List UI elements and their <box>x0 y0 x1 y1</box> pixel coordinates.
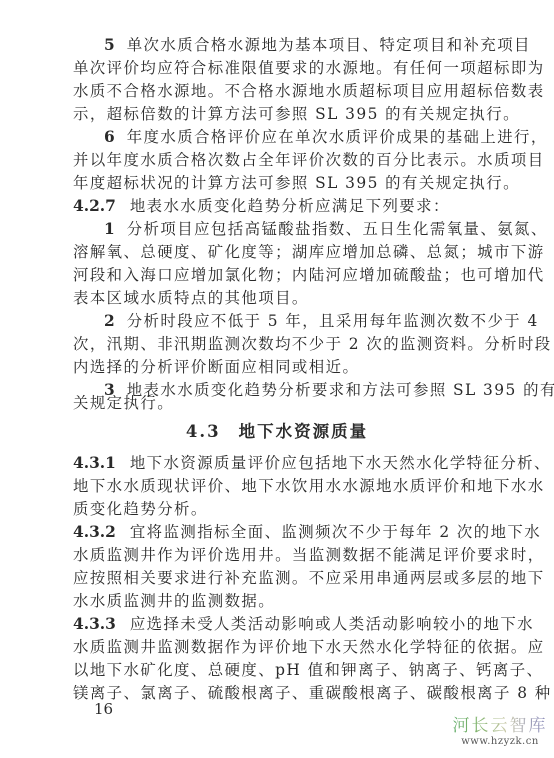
paragraph-line: 内选择的分析评价断面应相同或相近。 <box>73 356 359 378</box>
item-number: 6 <box>104 128 115 146</box>
paragraph-line: 质变化趋势分析。 <box>73 498 208 520</box>
line-text: 地下水资源质量评价应包括地下水天然水化学特征分析、 <box>130 454 551 472</box>
paragraph-line: 单次评价均应符合标准限值要求的水源地。有任何一项超标即为 <box>73 57 545 79</box>
clause-number: 4.3.2 <box>73 523 116 541</box>
paragraph-line: 河段和入海口应增加氯化物；内陆河应增加硫酸盐；也可增加代 <box>73 264 545 286</box>
clause-line: 4.3.1地下水资源质量评价应包括地下水天然水化学特征分析、 <box>73 452 551 474</box>
line-text: 年度水质合格评价应在单次水质评价成果的基础上进行， <box>127 128 548 146</box>
item-number: 5 <box>104 36 115 54</box>
paragraph-line: 示，超标倍数的计算方法可参照 SL 395 的有关规定执行。 <box>73 103 520 125</box>
paragraph-line: 次，汛期、非汛期监测次数均不少于 2 次的监测资料。分析时段 <box>73 333 552 355</box>
paragraph-line: 水质不合格水源地。不合格水源地水质超标项目应用超标倍数表 <box>73 80 545 102</box>
clause-line: 4.2.7地表水水质变化趋势分析应满足下列要求： <box>73 195 450 217</box>
line-text: 应选择未受人类活动影响或人类活动影响较小的地下水 <box>130 615 534 633</box>
paragraph-line: 水质监测井作为评价选用井。当监测数据不能满足评价要求时， <box>73 544 545 566</box>
document-page: 5单次水质合格水源地为基本项目、特定项目和补充项目 单次评价均应符合标准限值要求… <box>0 0 554 758</box>
paragraph-line: 并以年度水质合格次数占全年评价次数的百分比表示。水质项目 <box>73 149 545 171</box>
page-number: 16 <box>94 700 113 718</box>
clause-number: 4.3.3 <box>73 615 116 633</box>
line-text: 地表水水质变化趋势分析应满足下列要求： <box>130 197 450 215</box>
paragraph-line: 5单次水质合格水源地为基本项目、特定项目和补充项目 <box>104 34 531 56</box>
line-text: 分析项目应包括高锰酸盐指数、五日生化需氧量、氨氮、 <box>127 220 548 238</box>
watermark-title: 河长云智库 <box>445 716 554 736</box>
paragraph-line: 年度超标状况的计算方法可参照 SL 395 的有关规定执行。 <box>73 172 520 194</box>
section-heading: 4.3地下水资源质量 <box>0 418 554 442</box>
watermark-url: www.hzyzk.cn <box>445 736 554 748</box>
paragraph-line: 应按照相关要求进行补充监测。不应采用串通两层或多层的地下 <box>73 567 545 589</box>
paragraph-line: 1分析项目应包括高锰酸盐指数、五日生化需氧量、氨氮、 <box>104 218 548 240</box>
paragraph-line: 关规定执行。 <box>73 392 174 414</box>
item-number: 2 <box>104 312 115 330</box>
paragraph-line: 表本区域水质特点的其他项目。 <box>73 287 309 309</box>
section-title: 地下水资源质量 <box>239 422 369 441</box>
paragraph-line: 溶解氧、总硬度、矿化度等；湖库应增加总磷、总氮；城市下游 <box>73 241 545 263</box>
paragraph-line: 以地下水矿化度、总硬度、pH 值和钾离子、钠离子、钙离子、 <box>73 659 543 681</box>
clause-number: 4.2.7 <box>73 197 116 215</box>
clause-number: 4.3.1 <box>73 454 116 472</box>
item-number: 1 <box>104 220 115 238</box>
paragraph-line: 水水质监测井的监测数据。 <box>73 590 275 612</box>
line-text: 地表水水质变化趋势分析要求和方法可参照 SL 395 的有 <box>127 381 554 399</box>
paragraph-line: 地下水水质现状评价、地下水饮用水水源地水质评价和地下水水 <box>73 475 545 497</box>
line-text: 宜将监测指标全面、监测频次不少于每年 2 次的地下水 <box>130 523 541 541</box>
watermark: 河长云智库 www.hzyzk.cn <box>445 716 554 748</box>
paragraph-line: 镁离子、氯离子、硫酸根离子、重碳酸根离子、碳酸根离子 8 种 <box>73 682 552 704</box>
line-text: 单次水质合格水源地为基本项目、特定项目和补充项目 <box>127 36 531 54</box>
paragraph-line: 水质监测井监测数据作为评价地下水天然水化学特征的依据。应 <box>73 636 545 658</box>
clause-line: 4.3.2宜将监测指标全面、监测频次不少于每年 2 次的地下水 <box>73 521 541 543</box>
paragraph-line: 6年度水质合格评价应在单次水质评价成果的基础上进行， <box>104 126 548 148</box>
paragraph-line: 2分析时段应不低于 5 年，且采用每年监测次数不少于 4 <box>104 310 539 332</box>
clause-line: 4.3.3应选择未受人类活动影响或人类活动影响较小的地下水 <box>73 613 534 635</box>
line-text: 分析时段应不低于 5 年，且采用每年监测次数不少于 4 <box>127 312 539 330</box>
section-number: 4.3 <box>186 422 221 441</box>
